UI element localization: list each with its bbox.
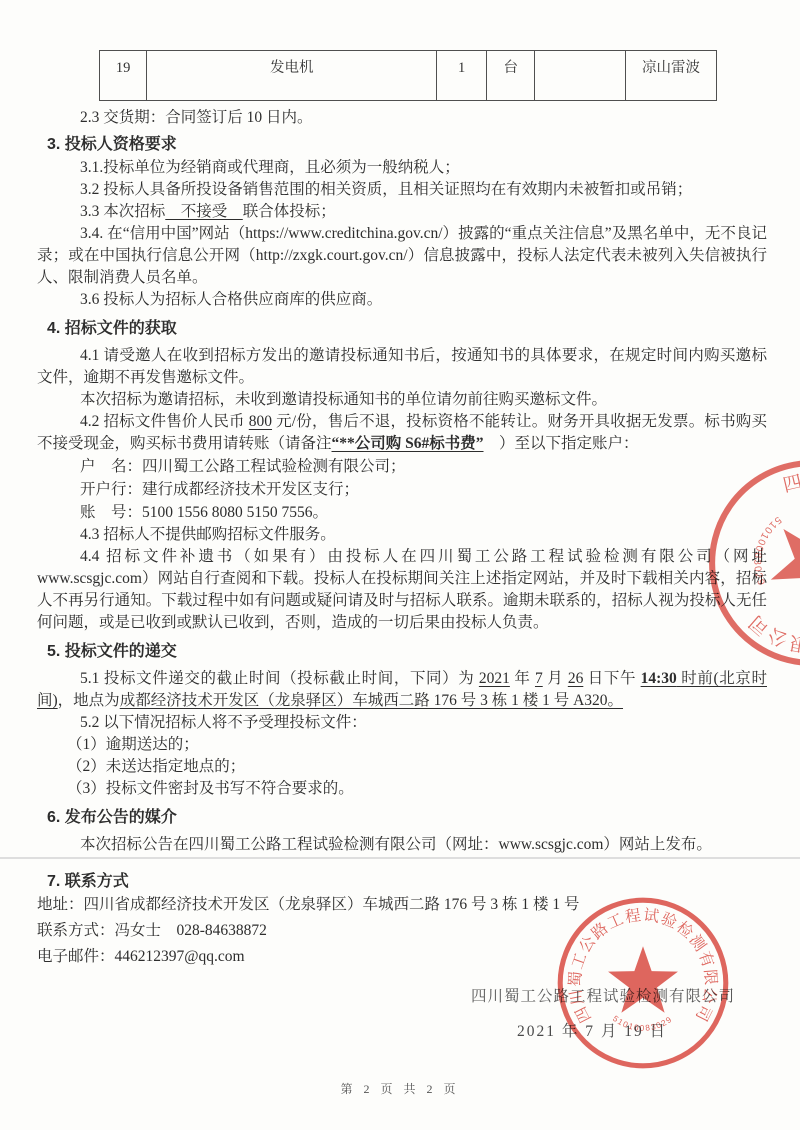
clause-5-1-sep3: 日下午 xyxy=(583,670,640,687)
cell-blank xyxy=(535,51,625,101)
section-4-heading: 4. 招标文件的获取 xyxy=(47,317,767,341)
time-underlined: 14:30 xyxy=(641,670,677,687)
company-seal: 四川蜀工公路工程试验检测有限公司 5101008302993 xyxy=(551,891,735,1075)
scan-fold-line xyxy=(0,857,800,859)
cell-item-no: 19 xyxy=(100,51,147,101)
bank-account-number: 账 号：5100 1556 8080 5150 7556。 xyxy=(80,501,767,524)
clause-3-3-text: 3.3 本次招标 xyxy=(80,203,165,220)
remark-underlined: “**公司购 S6#标书费” xyxy=(332,435,484,452)
clause-4-3: 4.3 招标人不提供邮购招标文件服务。 xyxy=(37,524,767,546)
section-5-heading: 5. 投标文件的递交 xyxy=(47,640,767,664)
year-underlined: 2021 xyxy=(479,670,510,687)
company-seal-icon: 四川蜀工公路工程试验检测有限公司 5101008302993 xyxy=(551,891,735,1075)
cell-destination: 凉山雷波 xyxy=(625,51,716,101)
clause-2-3-delivery: 2.3 交货期：合同签订后 10 日内。 xyxy=(37,107,767,129)
clause-3-4: 3.4. 在“信用中国”网站（https://www.creditchina.g… xyxy=(37,223,767,289)
clause-3-1: 3.1.投标单位为经销商或代理商，且必须为一般纳税人； xyxy=(37,157,767,179)
month-underlined: 7 xyxy=(535,670,543,687)
clause-4-1: 4.1 请受邀人在收到招标方发出的邀请投标通知书后，按通知书的具体要求，在规定时… xyxy=(37,345,767,389)
cell-item-name: 发电机 xyxy=(147,51,437,101)
clause-5-1-sep2: 月 xyxy=(543,670,568,687)
clause-4-2: 4.2 招标文件售价人民币 800 元/份，售后不退，投标资格不能转让。财务开具… xyxy=(37,411,767,455)
section-6-heading: 6. 发布公告的媒介 xyxy=(47,806,767,830)
clause-4-4: 4.4 招标文件补遗书（如果有）由投标人在四川蜀工公路工程试验检测有限公司（网址… xyxy=(37,546,767,634)
clause-3-6: 3.6 投标人为招标人合格供应商库的供应商。 xyxy=(37,289,767,311)
bank-account-name: 户 名：四川蜀工公路工程试验检测有限公司； xyxy=(80,455,767,478)
clause-3-3-tail: 联合体投标； xyxy=(243,203,336,220)
bank-branch: 开户行：建行成都经济技术开发区支行； xyxy=(80,478,767,501)
clause-5-1-sep4: ，地点为 xyxy=(58,692,120,709)
clause-5-1-sep1: 年 xyxy=(510,670,535,687)
clause-3-3: 3.3 本次招标 不接受 联合体投标； xyxy=(37,201,767,223)
seal-star-icon xyxy=(608,946,678,1013)
table-row: 19 发电机 1 台 凉山雷波 xyxy=(100,51,717,101)
clause-5-1-deadline: 5.1 投标文件递交的截止时间（投标截止时间，下同）为 2021 年 7 月 2… xyxy=(37,668,767,712)
day-underlined: 26 xyxy=(568,670,584,687)
clause-3-3-underlined: 不接受 xyxy=(165,203,243,220)
clause-3-2: 3.2 投标人具备所投设备销售范围的相关资质，且相关证照均在有效期内未被暂扣或吊… xyxy=(37,179,767,201)
place-underlined: 成都经济技术开发区（龙泉驿区）车城西二路 176 号 3 栋 1 楼 1 号 A… xyxy=(120,692,623,709)
clause-4-2-tail: ）至以下指定账户： xyxy=(484,435,639,452)
rejection-item-1: （1）逾期送达的； xyxy=(67,734,767,756)
clause-4-1-note: 本次招标为邀请招标，未收到邀请投标通知书的单位请勿前往购买邀标文件。 xyxy=(37,389,767,411)
clause-5-2: 5.2 以下情况招标人将不予受理投标文件： xyxy=(37,712,767,734)
price-underlined: 800 xyxy=(249,413,272,430)
section-3-heading: 3. 投标人资格要求 xyxy=(47,133,767,157)
clause-5-1-text: 5.1 投标文件递交的截止时间（投标截止时间，下同）为 xyxy=(80,670,479,687)
page-footer: 第 2 页 共 2 页 xyxy=(0,1078,800,1100)
cell-unit: 台 xyxy=(487,51,535,101)
items-table: 19 发电机 1 台 凉山雷波 xyxy=(99,50,717,101)
clause-4-2-text: 4.2 招标文件售价人民币 xyxy=(80,413,249,430)
cell-quantity: 1 xyxy=(437,51,487,101)
publish-media-clause: 本次招标公告在四川蜀工公路工程试验检测有限公司（网址：www.scsgjc.co… xyxy=(37,834,767,856)
document-page: 19 发电机 1 台 凉山雷波 2.3 交货期：合同签订后 10 日内。 3. … xyxy=(0,0,800,1130)
rejection-item-3: （3）投标文件密封及书写不符合要求的。 xyxy=(67,778,767,800)
rejection-item-2: （2）未送达指定地点的； xyxy=(67,756,767,778)
